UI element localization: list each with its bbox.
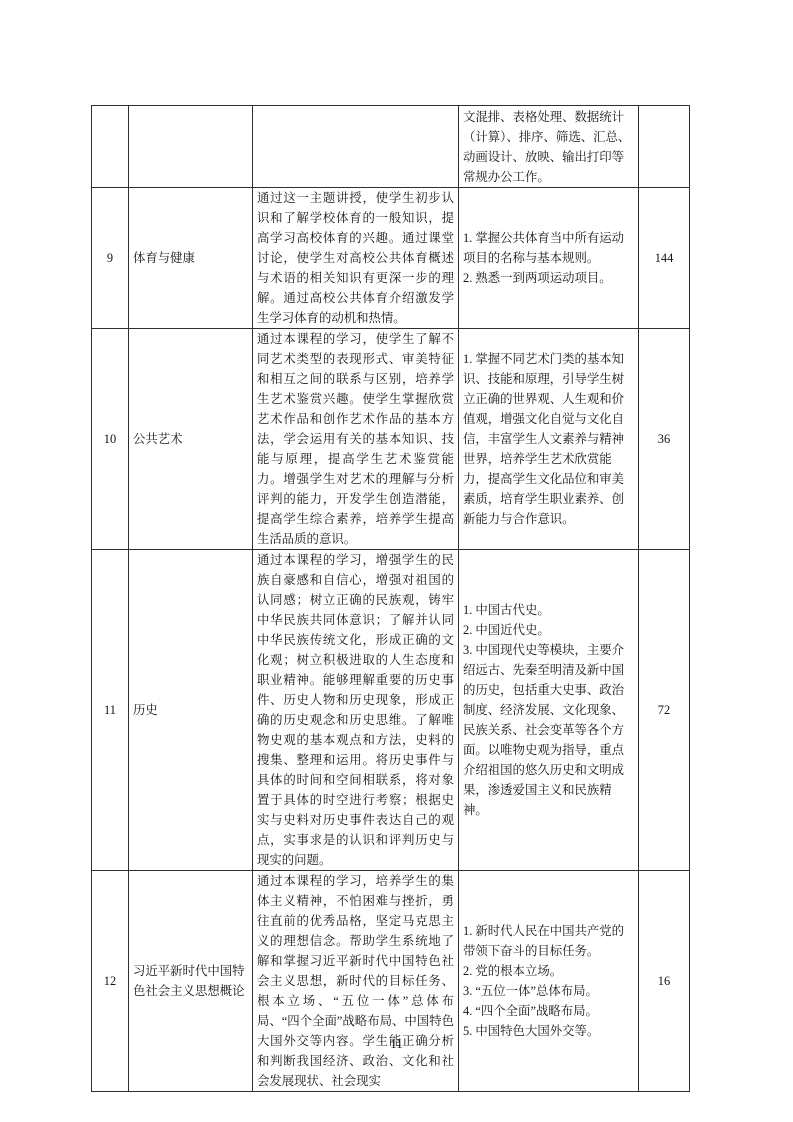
cell-description: 通过本课程的学习，培养学生的集体主义精神，不怕困难与挫折，勇往直前的优秀品格，坚…: [253, 871, 459, 1092]
table-row: 9 体育与健康 通过这一主题讲授，使学生初步认识和了解学校体育的一般知识，提高学…: [92, 188, 690, 329]
objective-item: 1. 新时代人民在中国共产党的带领下奋斗的目标任务。: [463, 921, 634, 961]
cell-hours: 144: [639, 188, 690, 329]
cell-course-name: 体育与健康: [129, 188, 253, 329]
cell-description: 通过这一主题讲授，使学生初步认识和了解学校体育的一般知识，提高学习高校体育的兴趣…: [253, 188, 459, 329]
objective-item: 1. 掌握公共体育当中所有运动项目的名称与基本规则。: [463, 228, 634, 268]
cell-course-name: 历史: [129, 550, 253, 871]
objective-item: 1. 中国古代史。: [463, 600, 634, 620]
objective-item: 1. 掌握不同艺术门类的基本知识、技能和原理，引导学生树立正确的世界观、人生观和…: [463, 349, 634, 529]
table-row: 11 历史 通过本课程的学习，增强学生的民族自豪感和自信心，增强对祖国的认同感；…: [92, 550, 690, 871]
objective-item: 2. 党的根本立场。: [463, 961, 634, 981]
cell-objectives: 1. 掌握公共体育当中所有运动项目的名称与基本规则。 2. 熟悉一到两项运动项目…: [459, 188, 639, 329]
cell-objectives: 1. 中国古代史。 2. 中国近代史。 3. 中国现代史等模块，主要介绍远古、先…: [459, 550, 639, 871]
cell-no: 12: [92, 871, 129, 1092]
cell-no: 11: [92, 550, 129, 871]
cell-description: 通过本课程的学习，使学生了解不同艺术类型的表现形式、审美特征和相互之间的联系与区…: [253, 329, 459, 550]
table-row-continuation: 文混排、表格处理、数据统计（计算）、排序、筛选、汇总、动画设计、放映、输出打印等…: [92, 106, 690, 188]
objective-item: 2. 熟悉一到两项运动项目。: [463, 268, 634, 288]
cell-objectives: 1. 掌握不同艺术门类的基本知识、技能和原理，引导学生树立正确的世界观、人生观和…: [459, 329, 639, 550]
cell-course-name-empty: [129, 106, 253, 188]
objective-continuation-text: 文混排、表格处理、数据统计（计算）、排序、筛选、汇总、动画设计、放映、输出打印等…: [463, 107, 634, 187]
course-table: 文混排、表格处理、数据统计（计算）、排序、筛选、汇总、动画设计、放映、输出打印等…: [91, 105, 690, 1092]
cell-objectives: 文混排、表格处理、数据统计（计算）、排序、筛选、汇总、动画设计、放映、输出打印等…: [459, 106, 639, 188]
cell-hours: 72: [639, 550, 690, 871]
table-row: 10 公共艺术 通过本课程的学习，使学生了解不同艺术类型的表现形式、审美特征和相…: [92, 329, 690, 550]
cell-no: 9: [92, 188, 129, 329]
objective-item: 4. “四个全面”战略布局。: [463, 1001, 634, 1021]
table-row: 12 习近平新时代中国特色社会主义思想概论 通过本课程的学习，培养学生的集体主义…: [92, 871, 690, 1092]
cell-description-empty: [253, 106, 459, 188]
cell-objectives: 1. 新时代人民在中国共产党的带领下奋斗的目标任务。 2. 党的根本立场。 3.…: [459, 871, 639, 1092]
objective-item: 2. 中国近代史。: [463, 620, 634, 640]
page-number: 11: [0, 1036, 793, 1052]
objective-item: 3. “五位一体”总体布局。: [463, 981, 634, 1001]
cell-hours-empty: [639, 106, 690, 188]
cell-no: 10: [92, 329, 129, 550]
cell-description: 通过本课程的学习，增强学生的民族自豪感和自信心，增强对祖国的认同感；树立正确的民…: [253, 550, 459, 871]
objective-item: 3. 中国现代史等模块，主要介绍远古、先秦至明清及新中国的历史，包括重大史事、政…: [463, 640, 634, 820]
cell-no-empty: [92, 106, 129, 188]
cell-hours: 16: [639, 871, 690, 1092]
cell-hours: 36: [639, 329, 690, 550]
cell-course-name: 公共艺术: [129, 329, 253, 550]
cell-course-name: 习近平新时代中国特色社会主义思想概论: [129, 871, 253, 1092]
document-page: 文混排、表格处理、数据统计（计算）、排序、筛选、汇总、动画设计、放映、输出打印等…: [0, 0, 793, 1122]
